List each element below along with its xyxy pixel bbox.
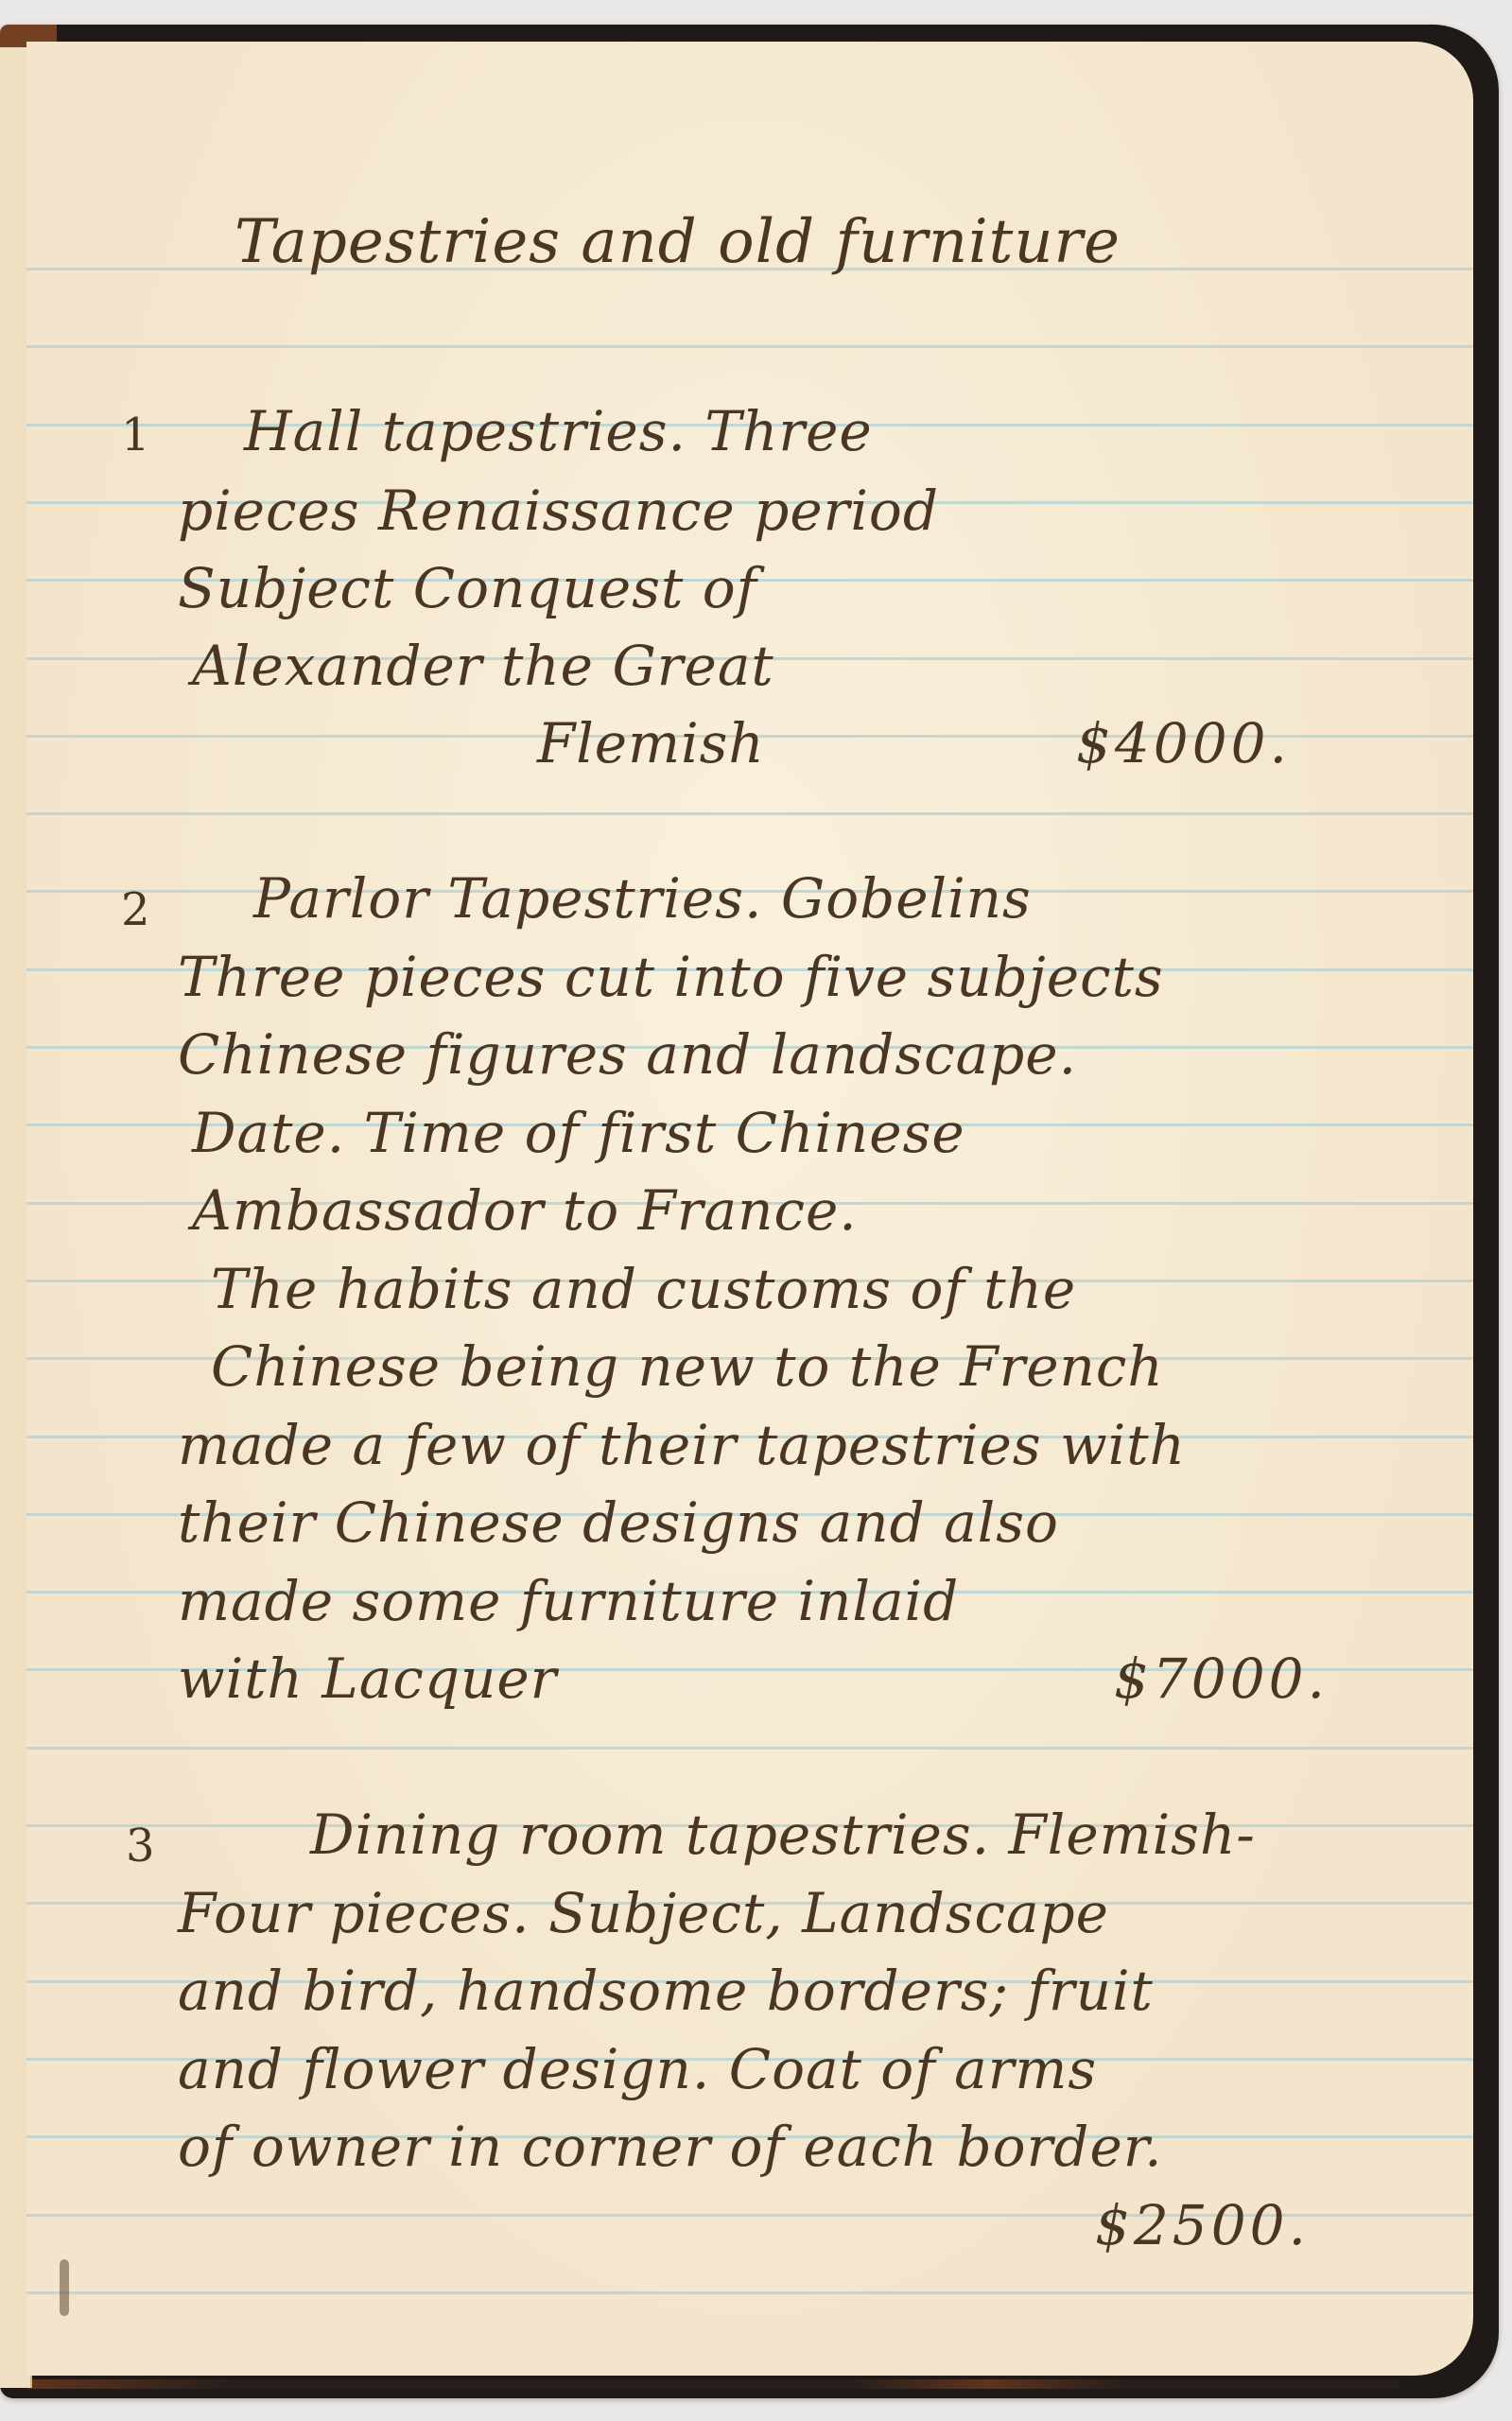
entry-line: with Lacquer [178, 1646, 557, 1711]
entry-line: Date. Time of first Chinese [192, 1101, 965, 1165]
entry-line: their Chinese designs and also [178, 1490, 1059, 1555]
entry-line: Four pieces. Subject, Landscape [178, 1881, 1109, 1945]
entry-price: $7000. [1114, 1646, 1329, 1711]
entry-line: Alexander the Great [192, 634, 774, 698]
entry-line: Flemish [537, 711, 765, 775]
entry-number: 1 [121, 409, 150, 462]
entry-line: The habits and customs of the [211, 1257, 1076, 1321]
entry-line: of owner in corner of each border. [178, 2115, 1163, 2179]
entry-line: Three pieces cut into five subjects [178, 945, 1164, 1009]
page-title: Tapestries and old furniture [235, 207, 1121, 277]
notebook-page: Tapestries and old furniture 1 Hall tape… [26, 42, 1473, 2376]
entry-price: $2500. [1095, 2193, 1310, 2257]
ink-stain [60, 2259, 69, 2316]
entry-line: made some furniture inlaid [178, 1569, 959, 1633]
entry-line: Dining room tapestries. Flemish- [310, 1803, 1256, 1867]
cover-wear [28, 2379, 1399, 2389]
entry-line: Subject Conquest of [178, 556, 757, 620]
entry-line: pieces Renaissance period [178, 479, 939, 543]
handwritten-text: Tapestries and old furniture 1 Hall tape… [26, 42, 1473, 2376]
entry-number: 3 [126, 1820, 155, 1872]
entry-line: Hall tapestries. Three [244, 399, 873, 463]
entry-number: 2 [121, 883, 150, 936]
entry-line: Ambassador to France. [192, 1178, 858, 1243]
entry-line: and bird, handsome borders; fruit [178, 1959, 1154, 2023]
entry-line: Parlor Tapestries. Gobelins [253, 866, 1032, 931]
entry-line: Chinese figures and landscape. [178, 1022, 1077, 1087]
entry-price: $4000. [1076, 711, 1291, 775]
entry-line: and flower design. Coat of arms [178, 2037, 1097, 2101]
entry-line: Chinese being new to the French [211, 1334, 1164, 1399]
entry-line: made a few of their tapestries with [178, 1413, 1186, 1477]
